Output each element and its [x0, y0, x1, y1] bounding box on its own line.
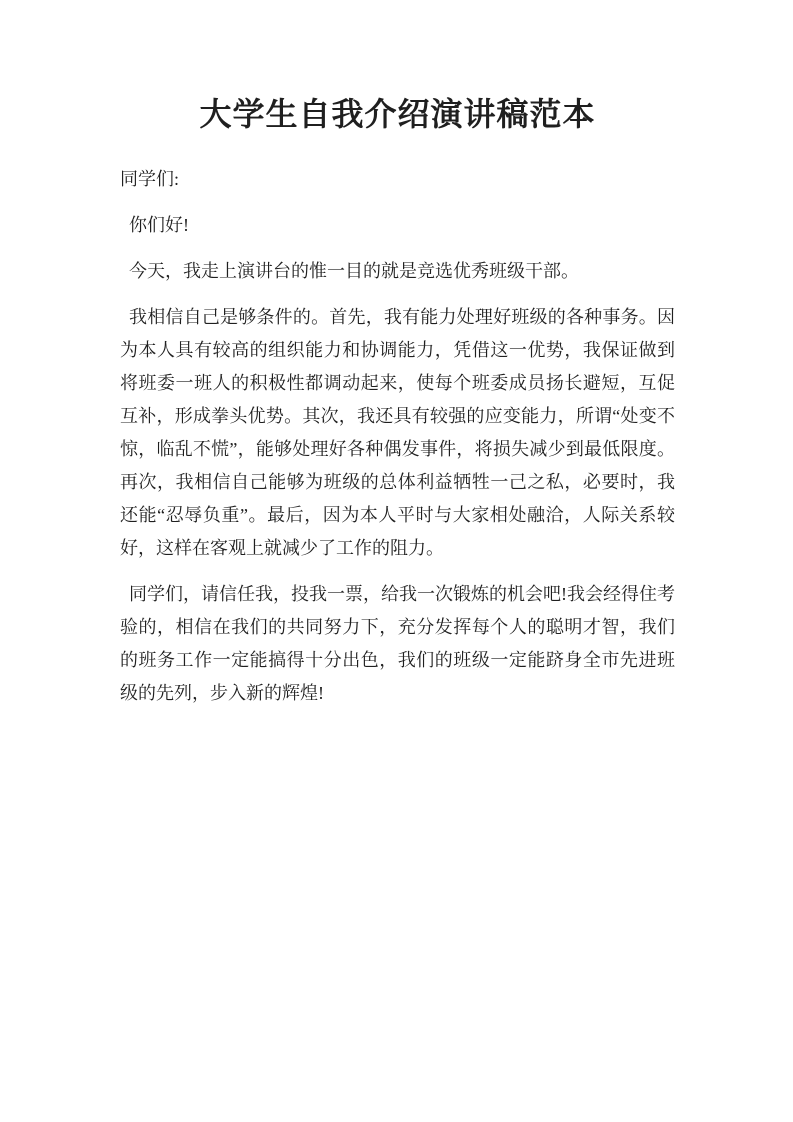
- paragraph-qualifications: 我相信自己是够条件的。首先，我有能力处理好班级的各种事务。因为本人具有较高的组织…: [120, 301, 675, 565]
- paragraph-opening: 今天，我走上演讲台的惟一目的就是竞选优秀班级干部。: [120, 255, 675, 288]
- paragraph-greeting: 你们好!: [120, 209, 675, 242]
- paragraph-salutation: 同学们:: [120, 163, 675, 196]
- document-title: 大学生自我介绍演讲稿范本: [120, 92, 675, 136]
- document-page: 大学生自我介绍演讲稿范本 同学们: 你们好! 今天，我走上演讲台的惟一目的就是竞…: [0, 0, 793, 1122]
- paragraph-closing: 同学们，请信任我，投我一票，给我一次锻炼的机会吧!我会经得住考验的，相信在我们的…: [120, 578, 675, 710]
